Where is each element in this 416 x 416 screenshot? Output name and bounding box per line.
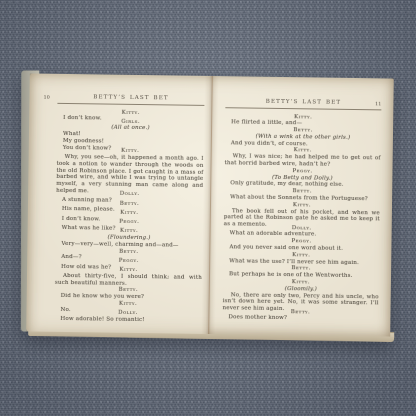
left-page: 10 BETTY’S LAST BET Kitty.I don’t know.G…: [26, 73, 212, 334]
right-header-rule: [225, 107, 381, 110]
dialogue-text: What was he like?: [62, 225, 116, 233]
open-book: 10 BETTY’S LAST BET Kitty.I don’t know.G…: [26, 73, 394, 336]
dialogue-text: You don’t know?: [63, 145, 112, 152]
left-header-rule: [57, 103, 204, 106]
right-page-header: BETTY’S LAST BET 11: [225, 98, 381, 107]
dialogue-text: How old was he?: [61, 264, 111, 271]
left-running-head: BETTY’S LAST BET: [93, 94, 169, 101]
photo-of-open-book-on-fabric: { "colors": { "fabric_background": "#687…: [0, 0, 416, 416]
speaker-name: Dolly.: [118, 310, 138, 317]
right-running-head: BETTY’S LAST BET: [266, 99, 342, 106]
speaker-name: Kitty.: [119, 267, 137, 274]
dialogue-text: I don’t know.: [63, 115, 102, 122]
dialogue-text: His name, please.: [62, 206, 115, 214]
dialogue-text: A stunning man?: [62, 197, 112, 204]
left-page-number: 10: [43, 94, 49, 100]
book-pages: 10 BETTY’S LAST BET Kitty.I don’t know.G…: [26, 73, 394, 336]
script-line-paragraph: Why, I was nice; he had helped me to get…: [225, 153, 381, 169]
speaker-name: Kitty.: [120, 228, 138, 235]
speaker-name: Girls.: [121, 119, 140, 126]
dialogue-text: And—?: [61, 254, 82, 261]
left-page-header: 10 BETTY’S LAST BET: [57, 94, 204, 103]
speaker-name: Kitty.: [121, 148, 139, 155]
right-page-body: Kitty.He flirted a little, and—Betty.(Wi…: [222, 113, 381, 324]
dialogue-text: I don’t know.: [62, 216, 101, 223]
right-page-number: 11: [375, 101, 381, 107]
left-page-body: Kitty.I don’t know.Girls.(All at once.)W…: [54, 108, 204, 324]
right-page: BETTY’S LAST BET 11 Kitty.He flirted a l…: [208, 76, 394, 337]
script-line-dialogue: Does mother know?: [222, 315, 378, 324]
dialogue-text: No.: [60, 307, 70, 314]
